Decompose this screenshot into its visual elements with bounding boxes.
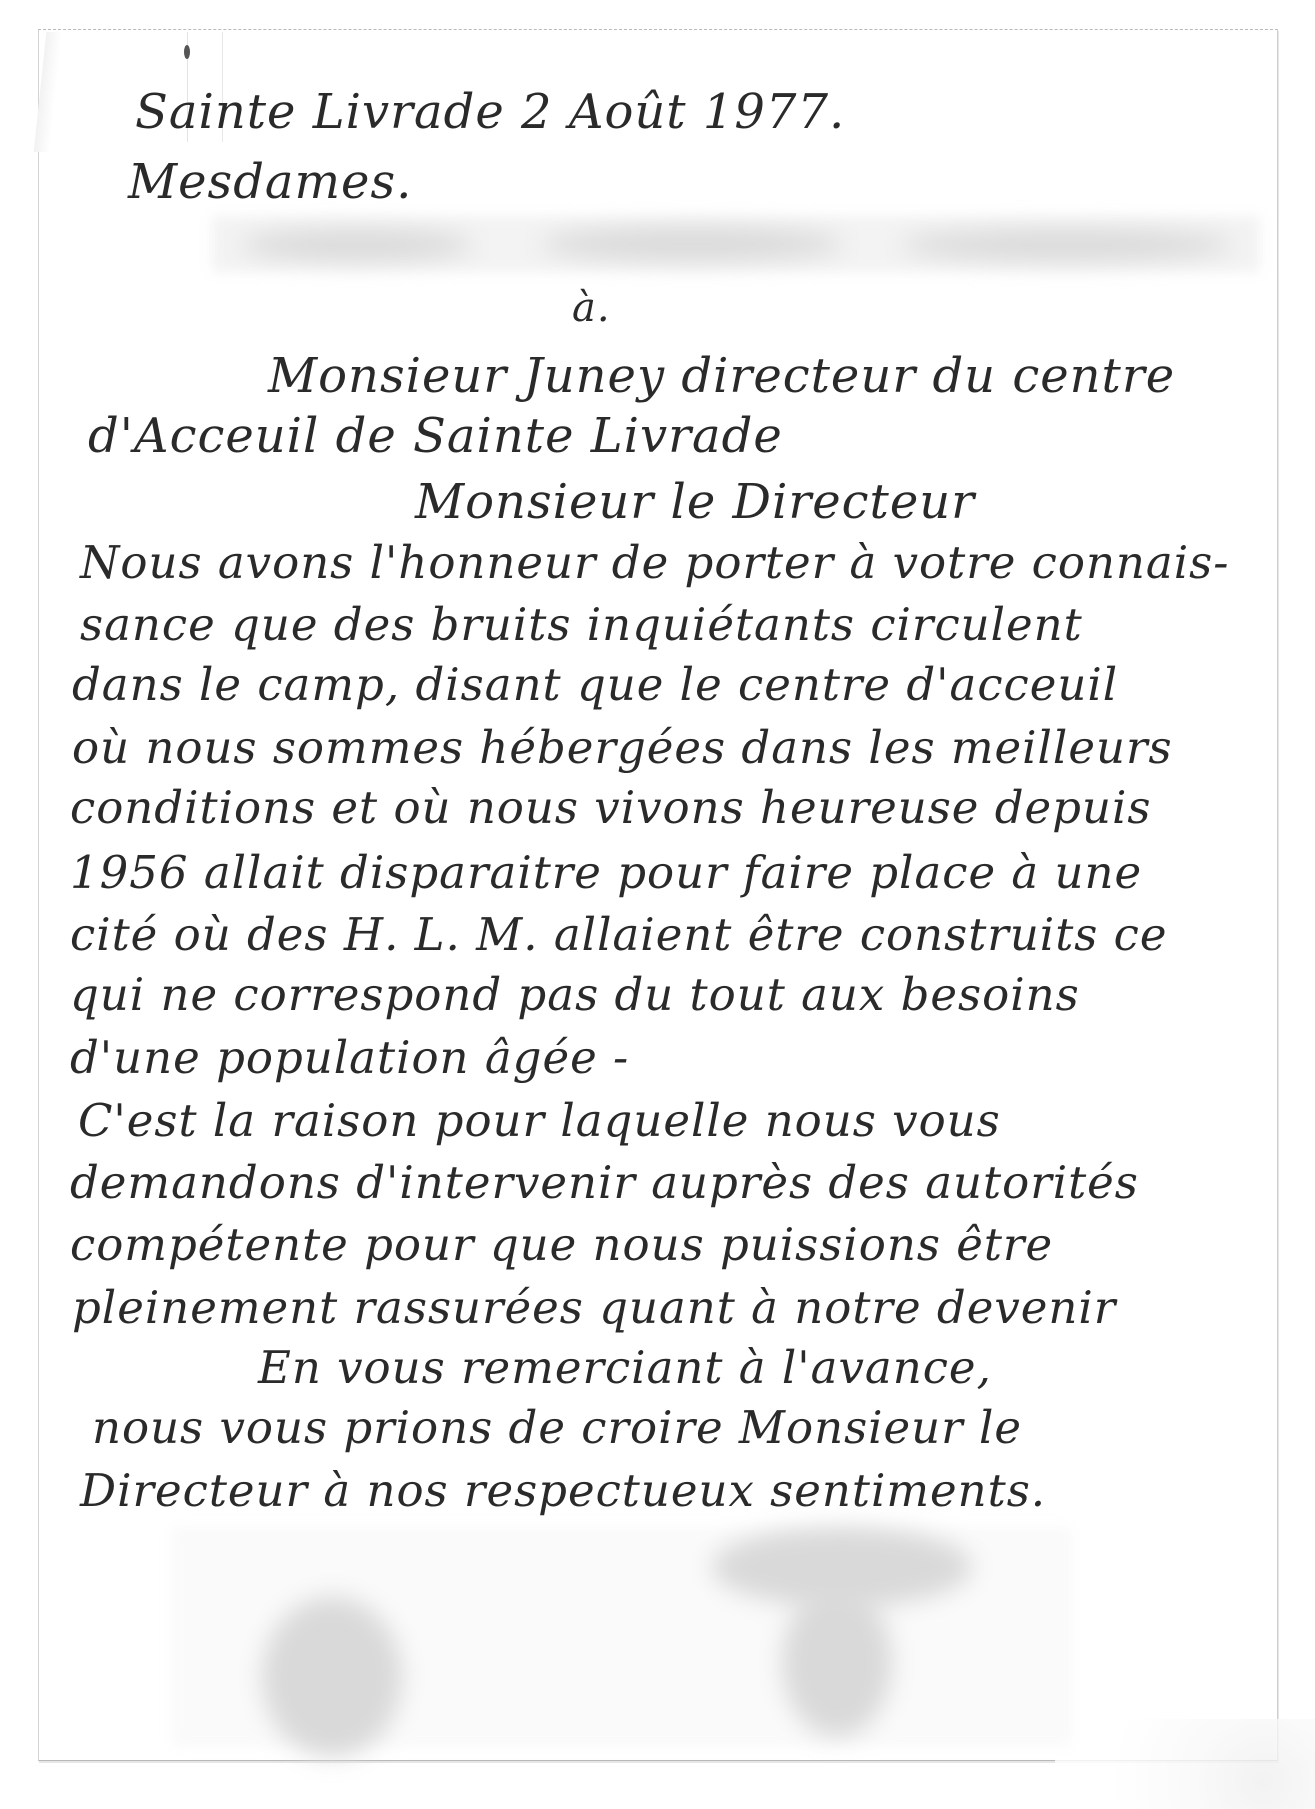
body-line: Directeur à nos respectueux sentiments. [80, 1468, 1046, 1513]
body-line: cité où des H. L. M. allaient être const… [70, 912, 1168, 957]
ink-blot [184, 45, 190, 59]
to-word: à. [572, 288, 611, 328]
body-line: où nous sommes hébergées dans les meille… [72, 725, 1173, 770]
body-line: C'est la raison pour laquelle nous vous [78, 1098, 1001, 1143]
body-line: d'une population âgée - [70, 1035, 629, 1080]
redacted-sender-names [212, 216, 1260, 272]
body-line: compétente pour que nous puissions être [70, 1222, 1053, 1267]
body-line: dans le camp, disant que le centre d'acc… [72, 662, 1118, 707]
salutation-mesdames: Mesdames. [128, 158, 412, 206]
redacted-signatures [172, 1527, 1072, 1747]
body-line: pleinement rassurées quant à notre deven… [72, 1285, 1116, 1330]
body-line: 1956 allait disparaitre pour faire place… [70, 850, 1142, 895]
recipient-line-2: d'Acceuil de Sainte Livrade [88, 412, 783, 460]
place-date: Sainte Livrade 2 Août 1977. [135, 88, 845, 136]
scan-noise [1055, 1719, 1315, 1809]
body-line: nous vous prions de croire Monsieur le [92, 1405, 1022, 1450]
recipient-line-1: Monsieur Juney directeur du centre [268, 352, 1175, 400]
body-line: demandons d'intervenir auprès des autori… [70, 1160, 1139, 1205]
body-line: sance que des bruits inquiétants circule… [80, 602, 1083, 647]
body-line: Nous avons l'honneur de porter à votre c… [80, 540, 1229, 585]
greeting: Monsieur le Directeur [415, 478, 975, 526]
body-line: qui ne correspond pas du tout aux besoin… [70, 972, 1080, 1017]
body-line: En vous remerciant à l'avance, [258, 1345, 992, 1390]
scanned-page: Sainte Livrade 2 Août 1977. Mesdames. à.… [0, 0, 1315, 1809]
body-line: conditions et où nous vivons heureuse de… [70, 785, 1151, 830]
